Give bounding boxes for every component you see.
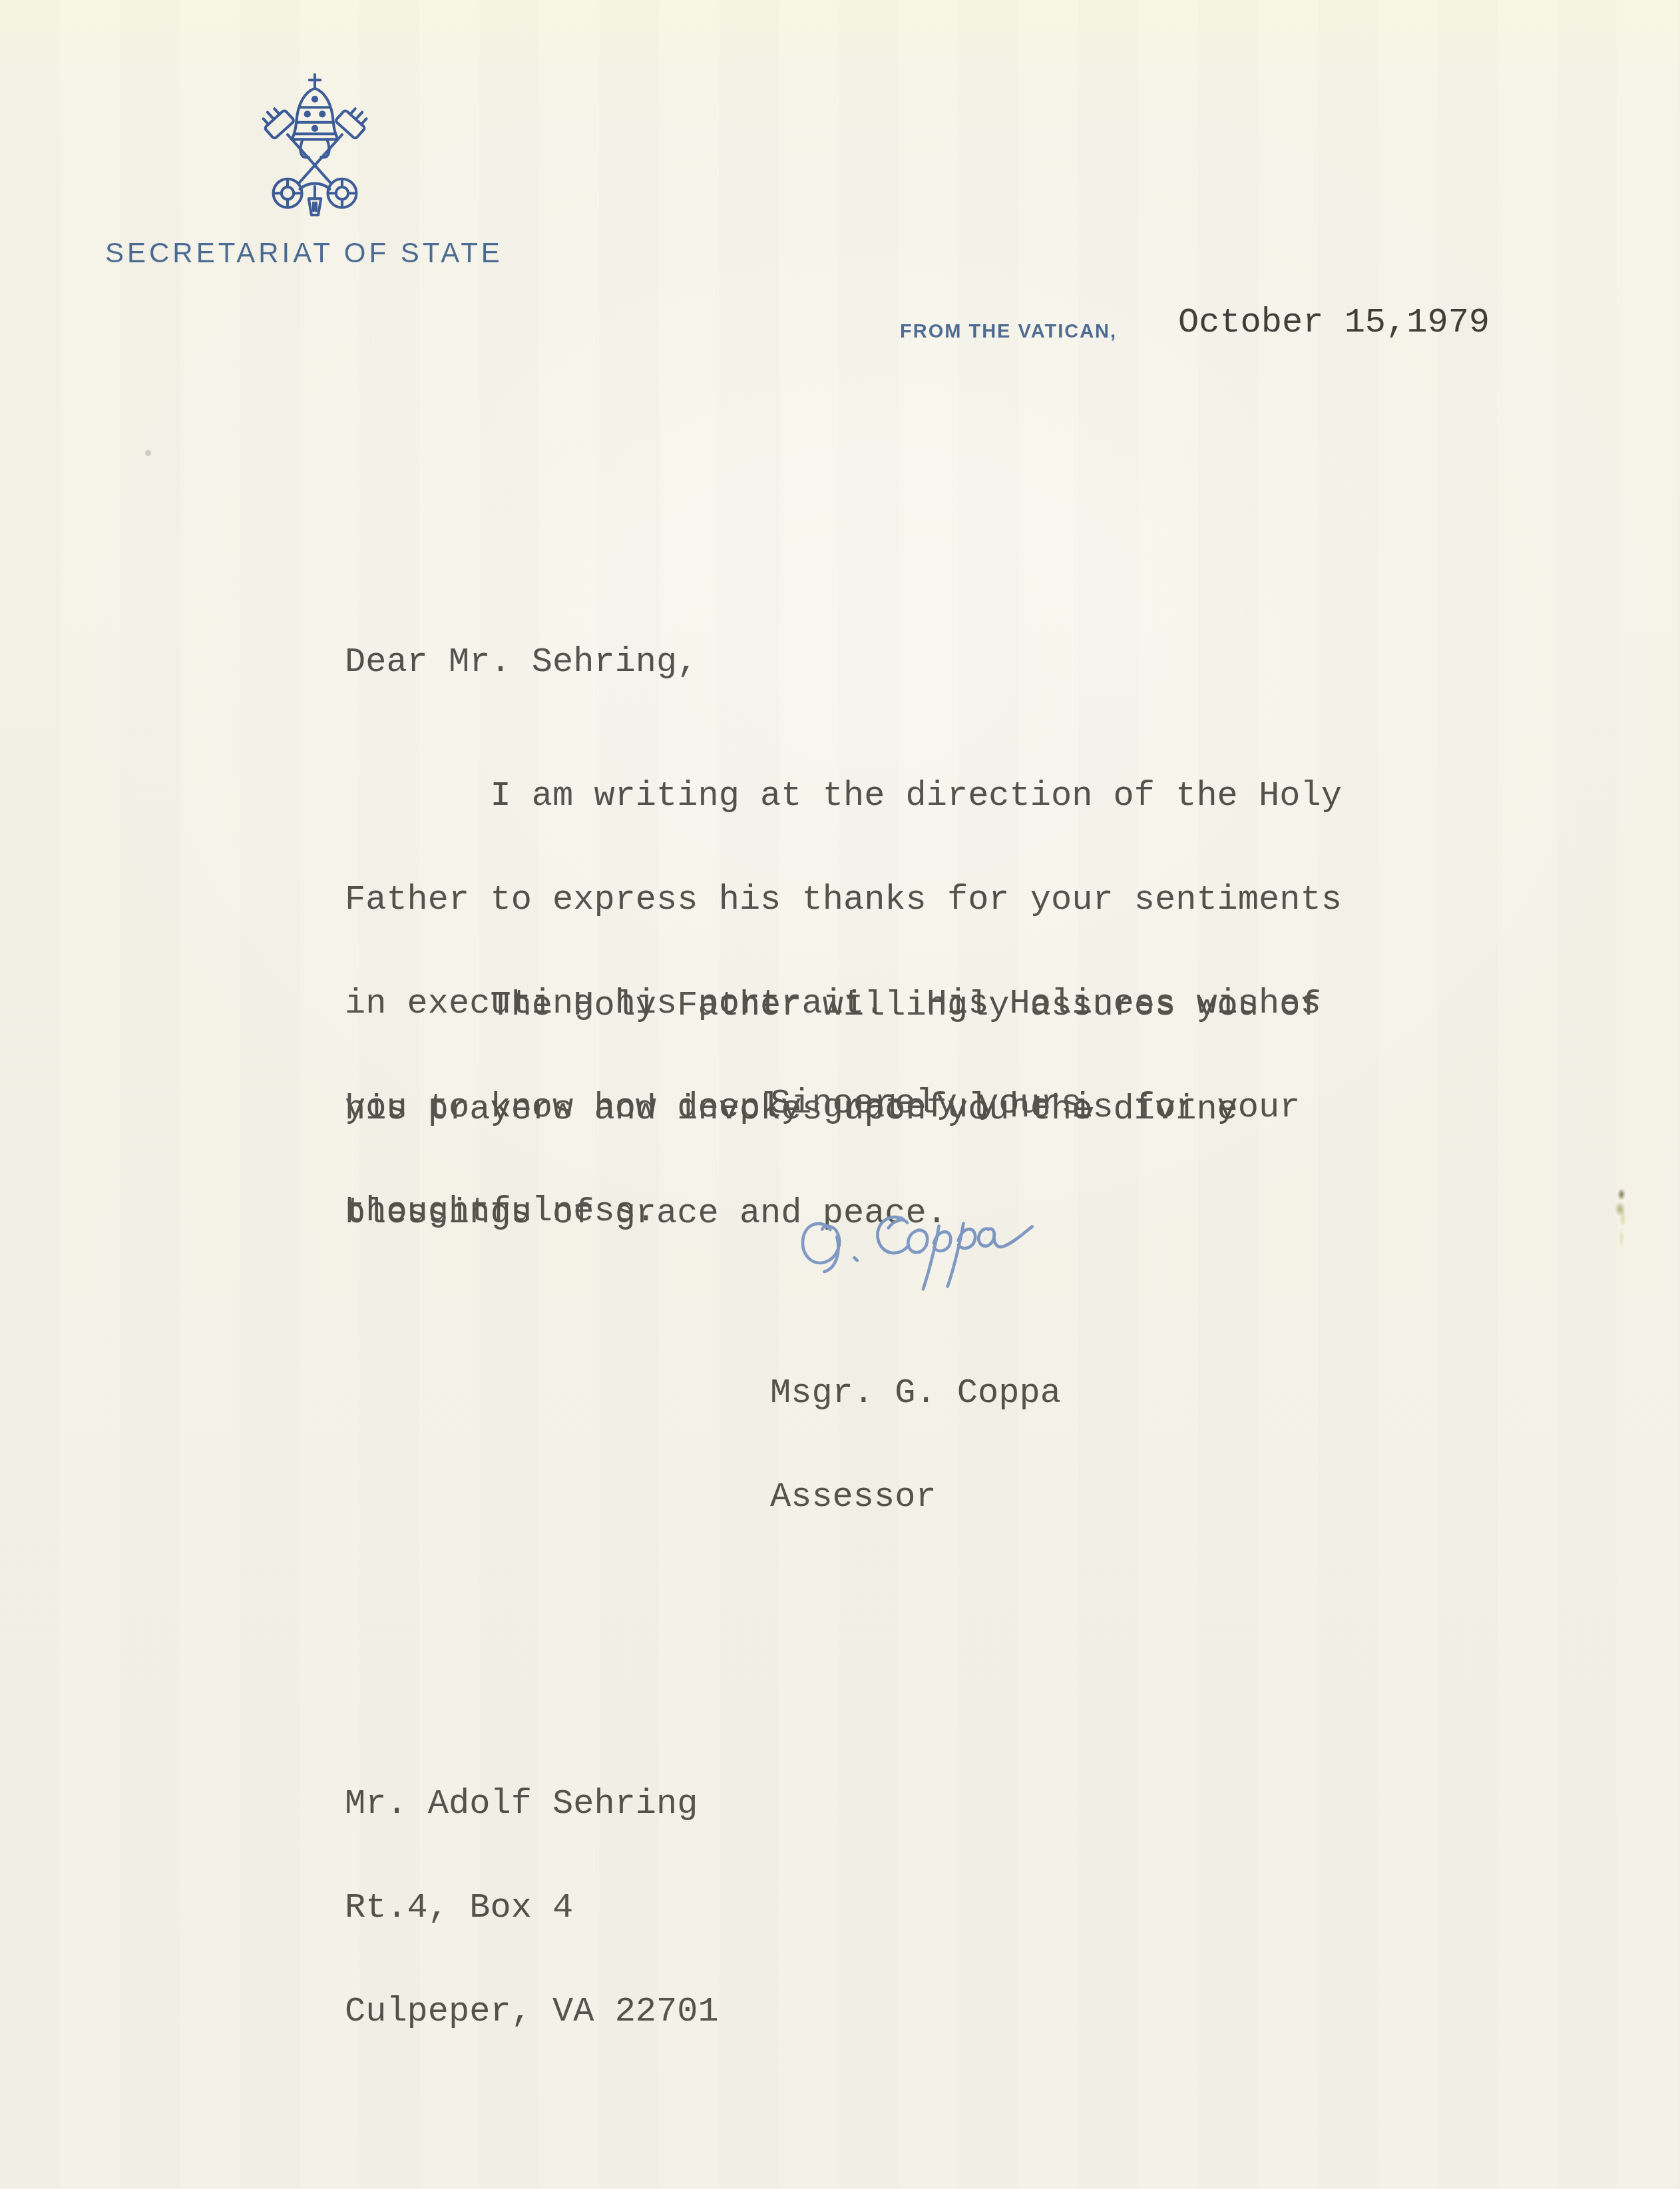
paragraph-1-line: I am writing at the direction of the Hol… — [345, 779, 1342, 814]
recipient-address: Mr. Adolf Sehring Rt.4, Box 4 Culpeper, … — [345, 1718, 719, 2098]
from-the-vatican-label: FROM THE VATICAN, — [900, 321, 1117, 343]
paper-speck — [1612, 1186, 1632, 1225]
letter-page: SECRETARIAT OF STATE FROM THE VATICAN, O… — [0, 0, 1680, 2189]
signature-icon — [786, 1184, 1044, 1302]
paper-speck — [145, 450, 151, 456]
signer-name: Msgr. G. Coppa — [770, 1376, 1061, 1411]
recipient-name: Mr. Adolf Sehring — [345, 1787, 719, 1822]
vatican-emblem-icon — [260, 71, 370, 217]
salutation: Dear Mr. Sehring, — [345, 645, 698, 680]
signer-block: Msgr. G. Coppa Assessor — [770, 1307, 1061, 1584]
paper-speck — [1616, 1224, 1627, 1258]
closing-line: Sincerely yours, — [770, 1087, 1102, 1121]
signer-title: Assessor — [770, 1480, 1061, 1515]
recipient-street: Rt.4, Box 4 — [345, 1891, 719, 1925]
recipient-city: Culpeper, VA 22701 — [345, 1995, 719, 2029]
paragraph-2-line: The Holy Father willingly assures you of — [345, 989, 1321, 1023]
letter-date: October 15,1979 — [1178, 306, 1490, 340]
letterhead-org-name: SECRETARIAT OF STATE — [105, 237, 503, 269]
paragraph-1-line: Father to express his thanks for your se… — [345, 883, 1342, 917]
